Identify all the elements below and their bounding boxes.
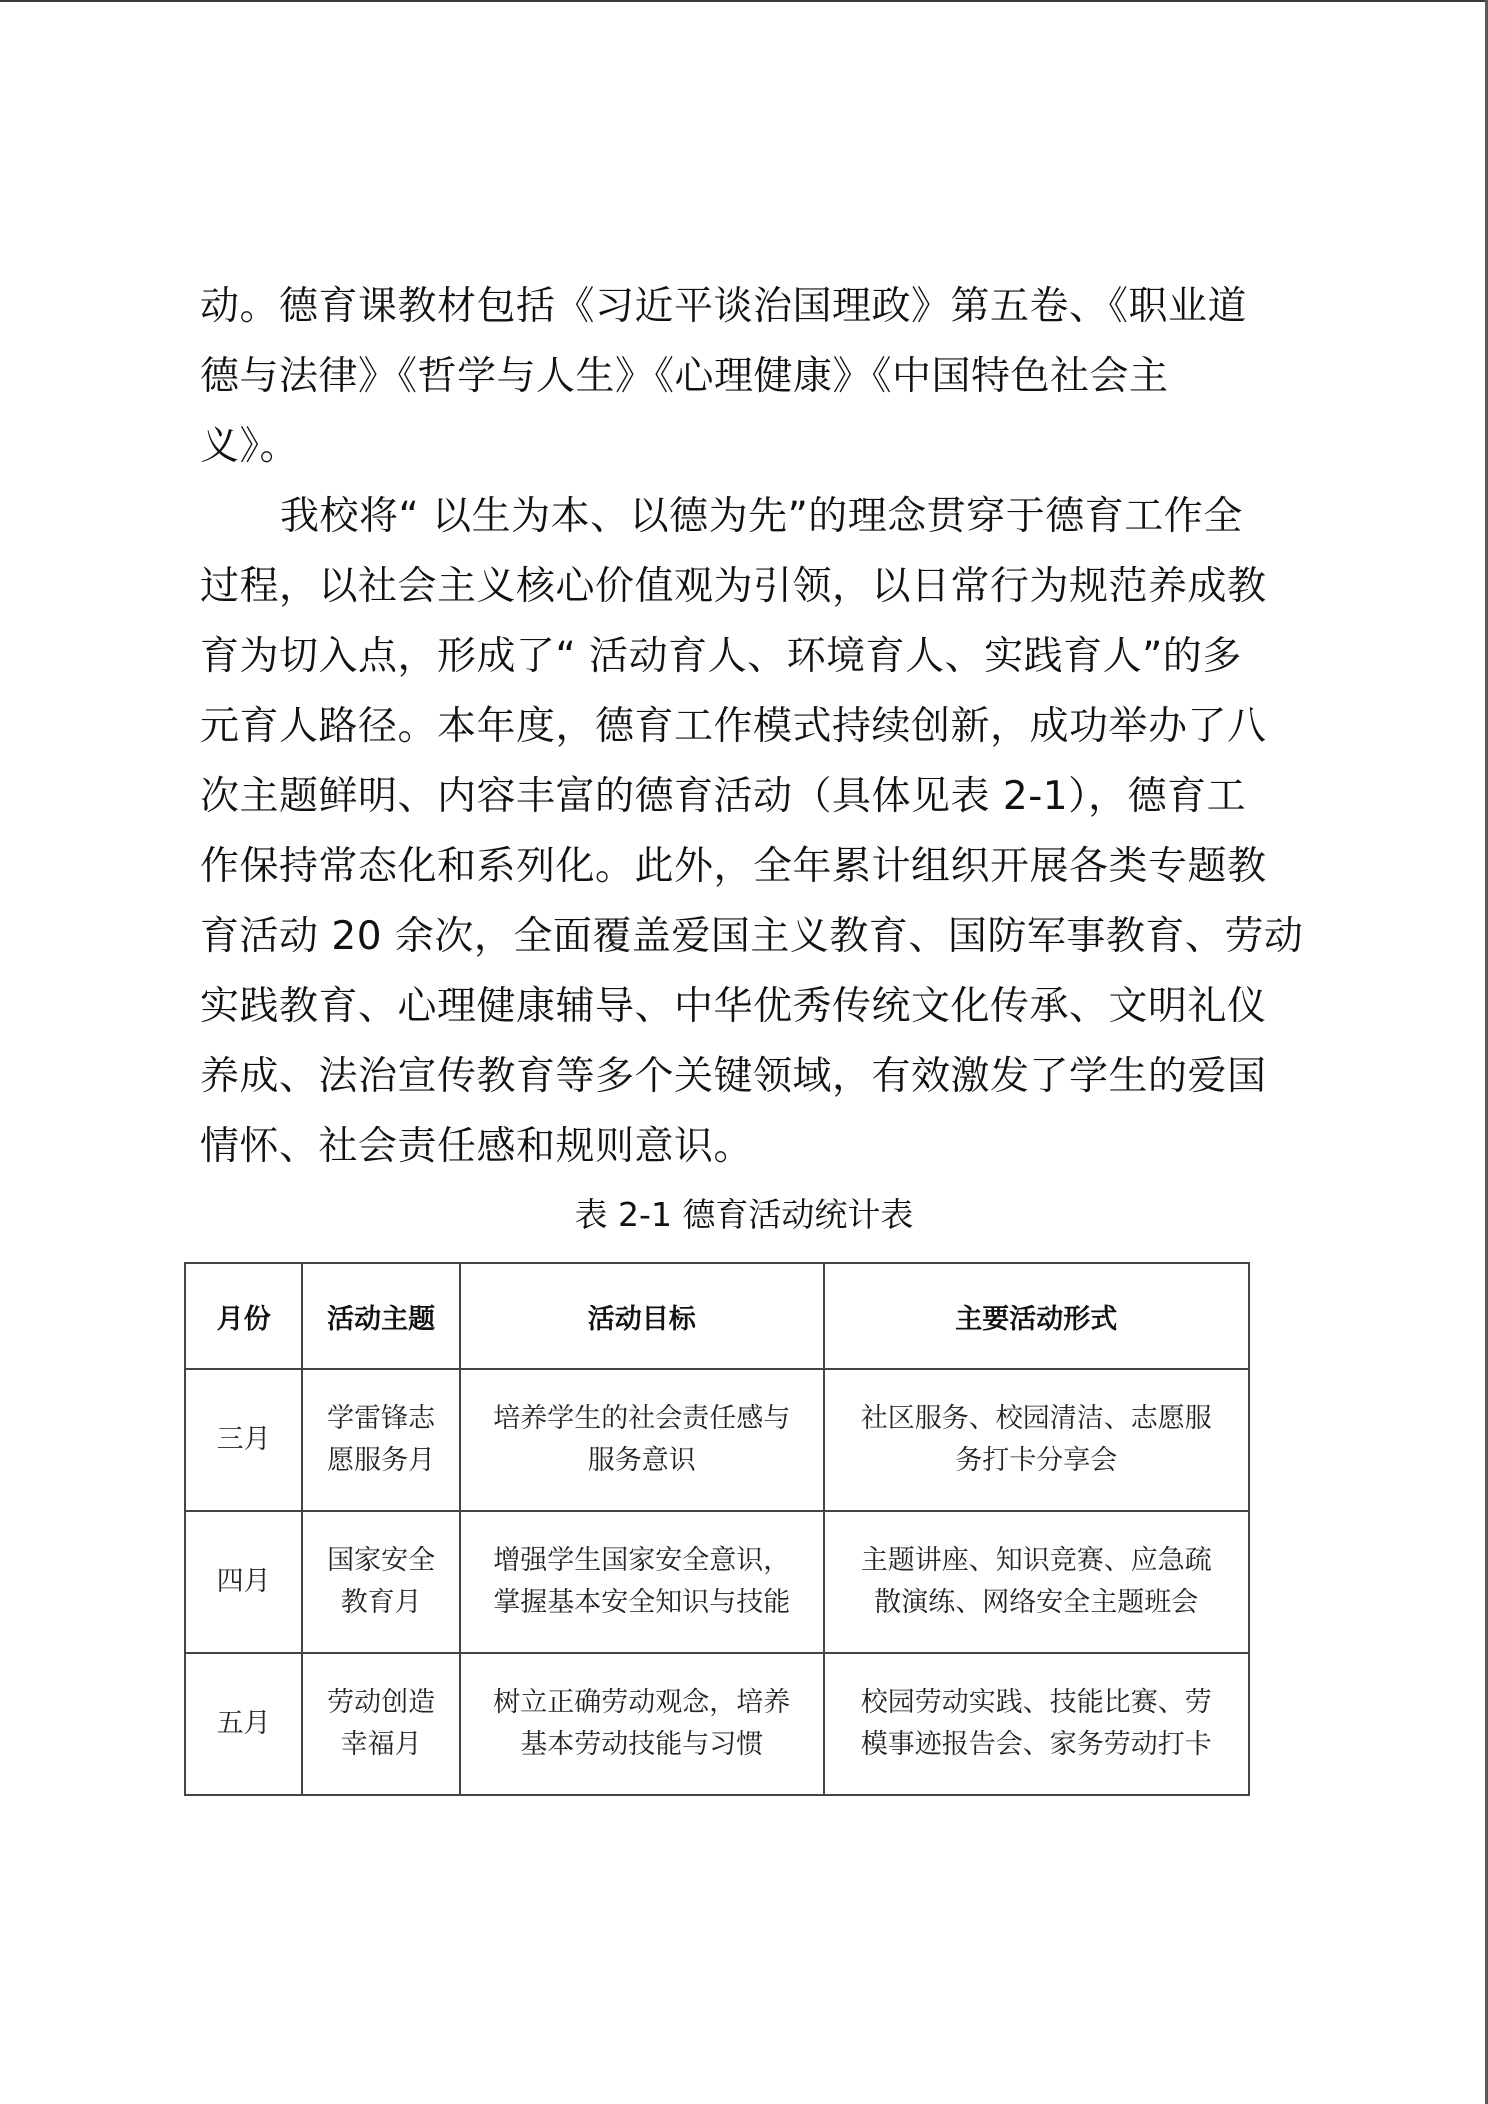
cell-goal: 增强学生国家安全意识， 掌握基本安全知识与技能 [460,1511,824,1653]
header-form: 主要活动形式 [824,1263,1249,1369]
cell-theme: 劳动创造 幸福月 [302,1653,460,1795]
text-line: 德与法律》《哲学与人生》《心理健康》《中国特色社会主 [200,342,1306,412]
cell-form: 校园劳动实践、技能比赛、劳 模事迹报告会、家务劳动打卡 [824,1653,1249,1795]
cell-text: 散演练、网络安全主题班会 [835,1582,1238,1624]
cell-text: 校园劳动实践、技能比赛、劳 [835,1682,1238,1724]
cell-goal: 培养学生的社会责任感与 服务意识 [460,1369,824,1511]
cell-month: 三月 [185,1369,302,1511]
text-line: 育活动 20 余次，全面覆盖爱国主义教育、国防军事教育、劳动 [200,902,1306,972]
paragraph-textbooks: 动。德育课教材包括《习近平谈治国理政》第五卷、《职业道 德与法律》《哲学与人生》… [200,272,1306,482]
text-line: 情怀、社会责任感和规则意识。 [200,1112,1306,1182]
table-row: 四月 国家安全 教育月 增强学生国家安全意识， 掌握基本安全知识与技能 主题讲座… [185,1511,1249,1653]
body-text: 动。德育课教材包括《习近平谈治国理政》第五卷、《职业道 德与法律》《哲学与人生》… [200,272,1306,1182]
cell-theme: 国家安全 教育月 [302,1511,460,1653]
activity-stats-table: 月份 活动主题 活动目标 主要活动形式 三月 学雷锋志 愿服务月 培养学生的社会… [184,1262,1250,1796]
header-goal: 活动目标 [460,1263,824,1369]
cell-month: 五月 [185,1653,302,1795]
cell-text: 教育月 [313,1582,449,1624]
text-line: 动。德育课教材包括《习近平谈治国理政》第五卷、《职业道 [200,272,1306,342]
cell-text: 培养学生的社会责任感与 [471,1398,813,1440]
text-line: 过程，以社会主义核心价值观为引领，以日常行为规范养成教 [200,552,1306,622]
header-month: 月份 [185,1263,302,1369]
text-line: 实践教育、心理健康辅导、中华优秀传统文化传承、文明礼仪 [200,972,1306,1042]
cell-text: 模事迹报告会、家务劳动打卡 [835,1724,1238,1766]
text-line: 元育人路径。本年度，德育工作模式持续创新，成功举办了八 [200,692,1306,762]
cell-text: 愿服务月 [313,1440,449,1482]
cell-goal: 树立正确劳动观念，培养 基本劳动技能与习惯 [460,1653,824,1795]
cell-text: 增强学生国家安全意识， [471,1540,813,1582]
text-line: 养成、法治宣传教育等多个关键领域，有效激发了学生的爱国 [200,1042,1306,1112]
text-line: 次主题鲜明、内容丰富的德育活动（具体见表 2-1），德育工 [200,762,1306,832]
text-line: 育为切入点，形成了“ 活动育人、环境育人、实践育人”的多 [200,622,1306,692]
cell-text: 掌握基本安全知识与技能 [471,1582,813,1624]
cell-month: 四月 [185,1511,302,1653]
cell-theme: 学雷锋志 愿服务月 [302,1369,460,1511]
cell-text: 服务意识 [471,1440,813,1482]
table-caption: 表 2-1 德育活动统计表 [0,1190,1488,1240]
cell-text: 幸福月 [313,1724,449,1766]
text-line: 作保持常态化和系列化。此外，全年累计组织开展各类专题教 [200,832,1306,902]
cell-form: 社区服务、校园清洁、志愿服 务打卡分享会 [824,1369,1249,1511]
cell-text: 树立正确劳动观念，培养 [471,1682,813,1724]
cell-text: 学雷锋志 [313,1398,449,1440]
text-line: 义》。 [200,412,1306,482]
paragraph-moral-education: 我校将“ 以生为本、以德为先”的理念贯穿于德育工作全 过程，以社会主义核心价值观… [200,482,1306,1182]
cell-text: 务打卡分享会 [835,1440,1238,1482]
table-row: 五月 劳动创造 幸福月 树立正确劳动观念，培养 基本劳动技能与习惯 校园劳动实践… [185,1653,1249,1795]
cell-form: 主题讲座、知识竞赛、应急疏 散演练、网络安全主题班会 [824,1511,1249,1653]
cell-text: 基本劳动技能与习惯 [471,1724,813,1766]
cell-text: 国家安全 [313,1540,449,1582]
text-line: 我校将“ 以生为本、以德为先”的理念贯穿于德育工作全 [200,482,1306,552]
table-row: 三月 学雷锋志 愿服务月 培养学生的社会责任感与 服务意识 社区服务、校园清洁、… [185,1369,1249,1511]
table-header-row: 月份 活动主题 活动目标 主要活动形式 [185,1263,1249,1369]
cell-text: 主题讲座、知识竞赛、应急疏 [835,1540,1238,1582]
cell-text: 社区服务、校园清洁、志愿服 [835,1398,1238,1440]
header-theme: 活动主题 [302,1263,460,1369]
cell-text: 劳动创造 [313,1682,449,1724]
page-top-edge [0,0,1488,2]
